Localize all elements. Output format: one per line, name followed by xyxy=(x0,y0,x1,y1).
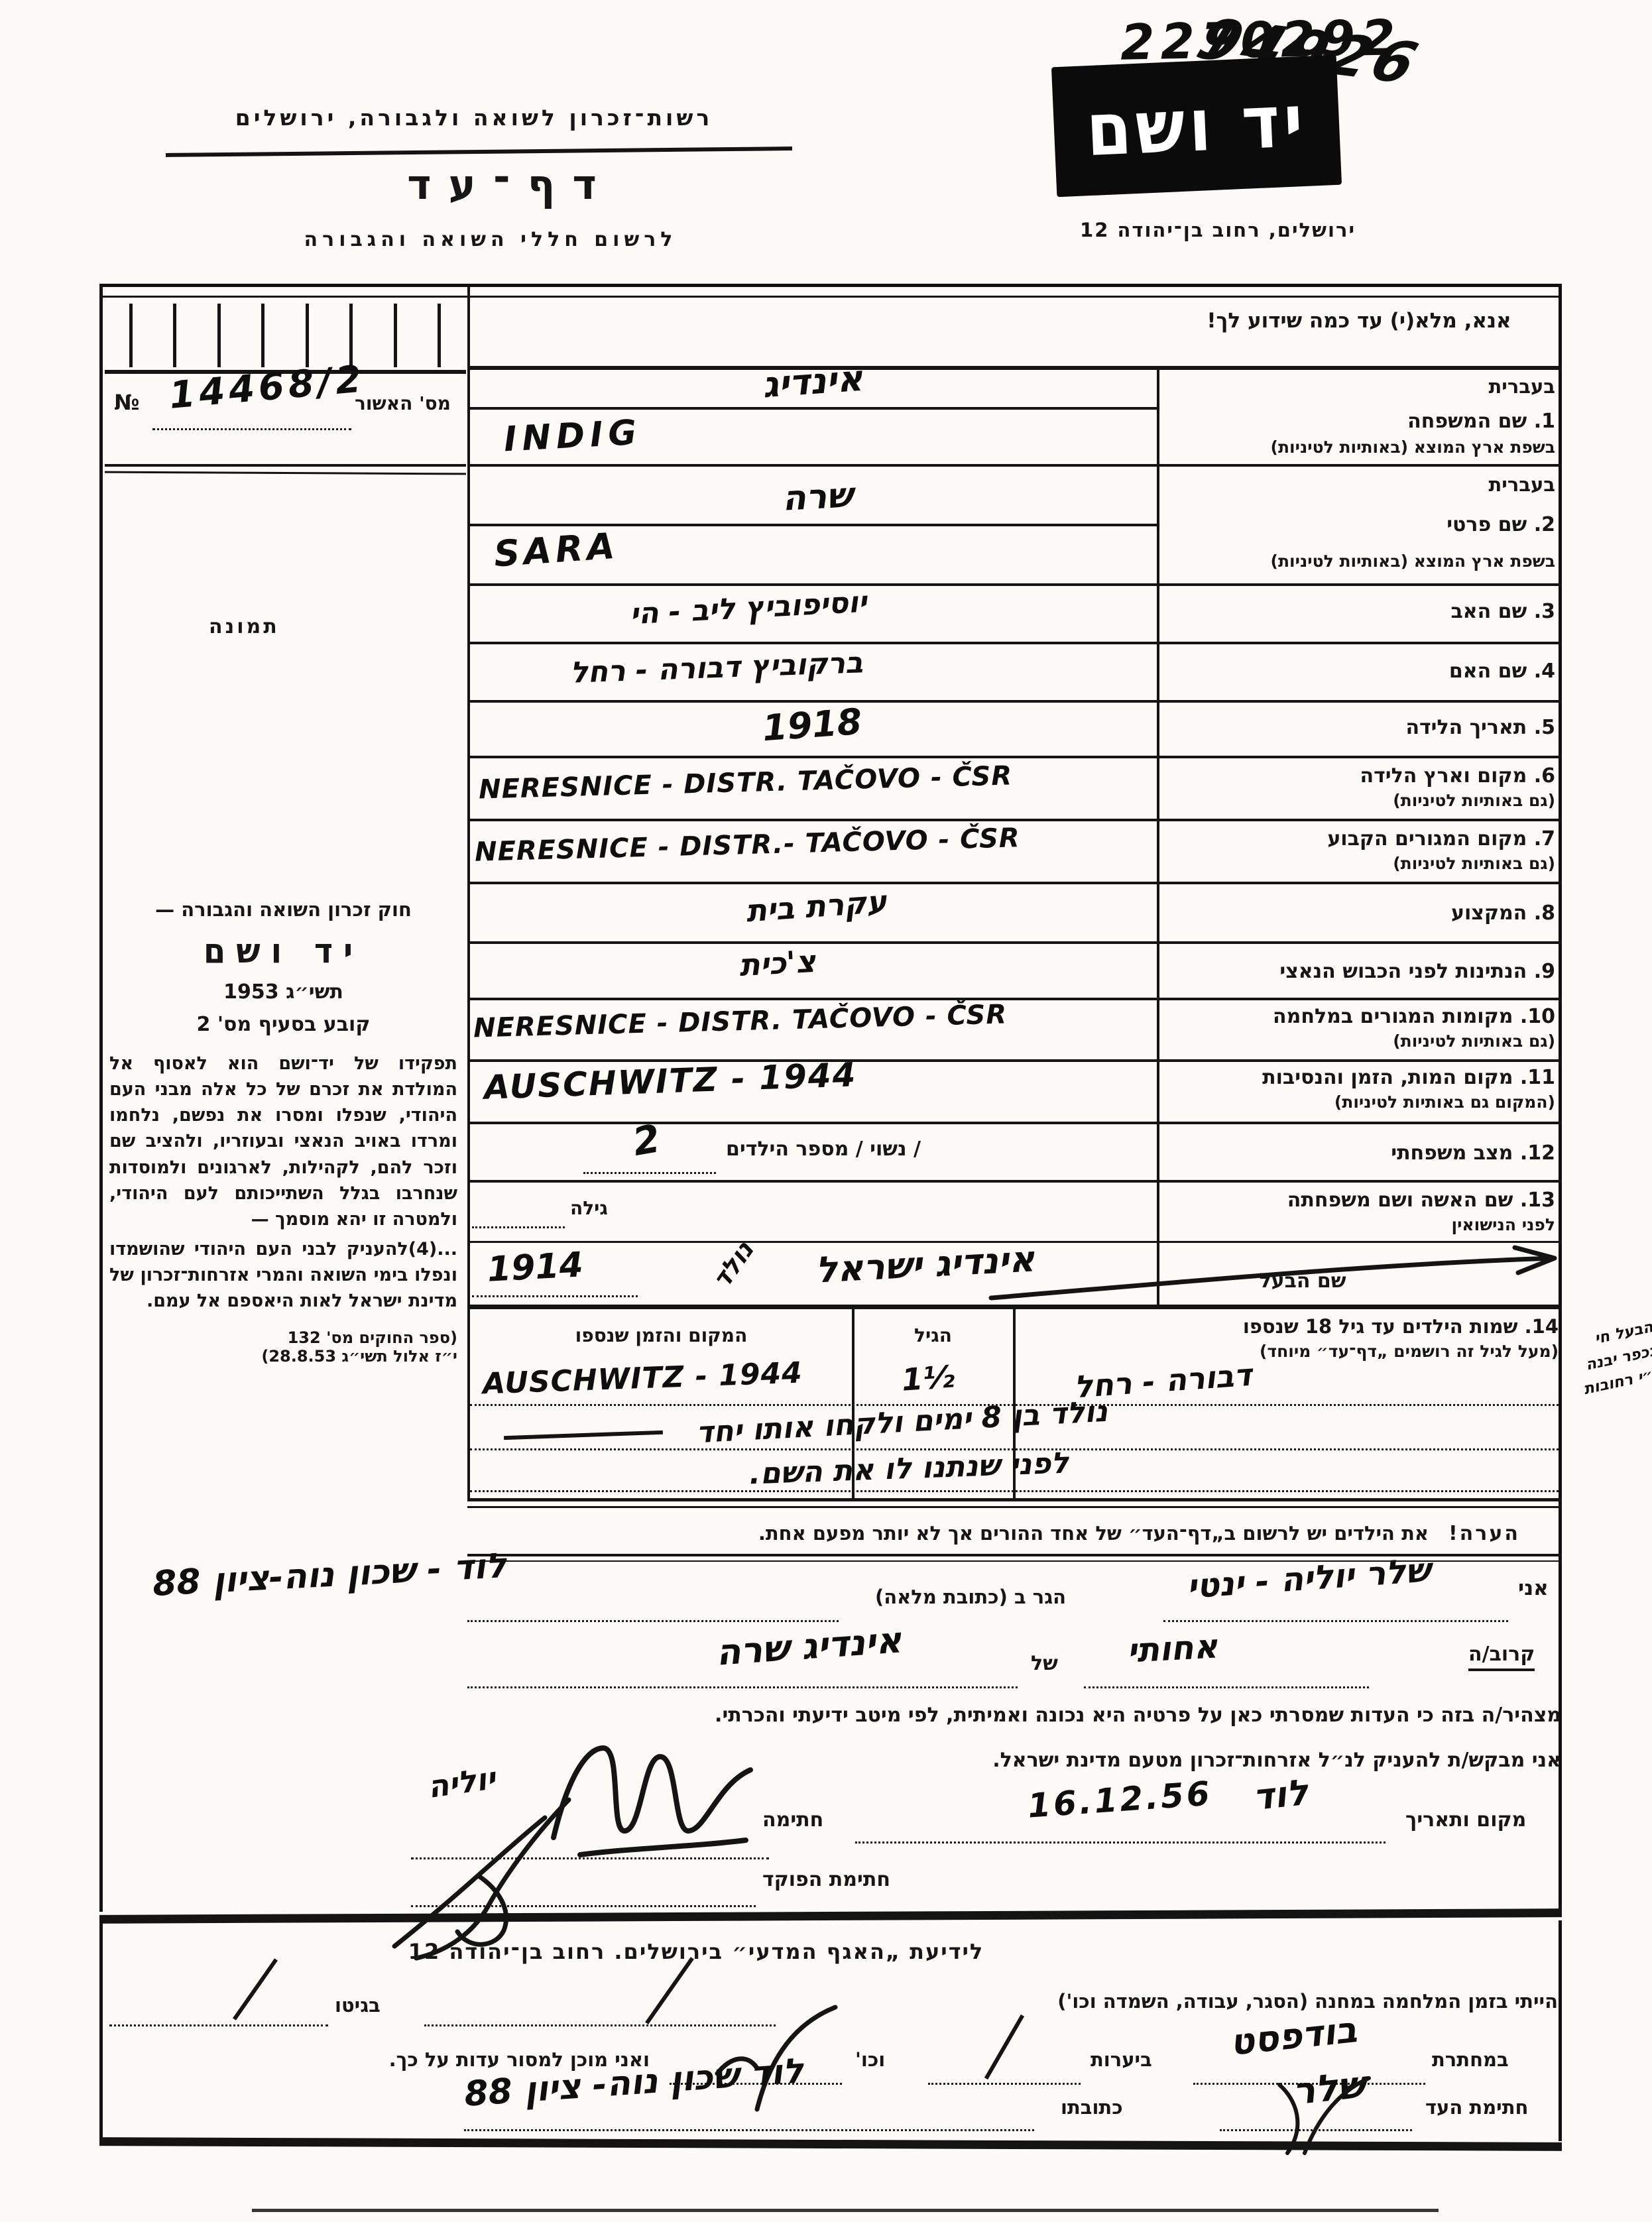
forests-label: ביערות xyxy=(1091,2048,1152,2071)
field2-sublabel: בשפת ארץ המוצא (באותיות לטיניות) xyxy=(1170,552,1555,571)
yad-vashem-stamp: יד ושם xyxy=(1051,55,1342,198)
witness-sig-dotted xyxy=(1220,2129,1412,2131)
approval-rule-1 xyxy=(105,464,466,467)
rule-father xyxy=(470,642,1562,644)
field10-sublabel: (גם באותיות לטיניות) xyxy=(1170,1031,1555,1051)
clerk-signature-label: חתימת הפוקד xyxy=(762,1868,890,1891)
law-logo: יד ושם xyxy=(109,931,457,971)
field10-label: 10. מקומות המגורים במלחמה xyxy=(1170,1005,1555,1028)
label-column-divider xyxy=(1157,366,1159,1305)
entry-family-latin: INDIG xyxy=(503,413,643,460)
field1-sublabel: בשפת ארץ המוצא (באותיות לטיניות) xyxy=(1170,438,1555,457)
ruling-ticks xyxy=(129,304,441,367)
law-body: תפקידו של יד־ושם הוא לאסוף אל המולדת את … xyxy=(109,1051,457,1232)
husband-year-dotted xyxy=(472,1295,638,1297)
left-column-divider xyxy=(467,287,470,1498)
bottom-title: לידיעת „האגף המדעי״ בירושלים. רחוב בן־יה… xyxy=(331,1939,1061,1964)
children-header: 14. שמות הילדים עד גיל 18 שנספו xyxy=(1024,1315,1559,1338)
decl-witness-name-dotted xyxy=(1163,1620,1508,1622)
children-col-age: הגיל xyxy=(855,1324,1011,1346)
rule-war-residence xyxy=(470,1059,1562,1062)
child-row-age: 1½ xyxy=(900,1358,955,1397)
field11-label: 11. מקום המות, הזמן והנסיבות xyxy=(1170,1066,1555,1089)
rule-occupation xyxy=(470,941,1562,944)
children-col-place: המקום והזמן שנספו xyxy=(477,1324,845,1346)
witness-address-label: כתובתו xyxy=(1061,2096,1123,2119)
law-ref-2: י״ז אלול תשי״ג 28.8.53) xyxy=(109,1347,457,1366)
decl-relation-label: קרוב/ה xyxy=(1468,1643,1535,1671)
rule-family-lat xyxy=(470,464,1562,467)
note-label: הערה! xyxy=(1448,1522,1520,1545)
children-subheader: (מעל לגיל זה רושמים „דף־עד״ מיוחד) xyxy=(1024,1342,1559,1361)
approval-dotted-line xyxy=(152,428,351,430)
forests-dotted xyxy=(928,2083,1081,2085)
field13-label: 13. שם האשה ושם משפחתה xyxy=(1170,1189,1555,1212)
field5-label: 5. תאריך הלידה xyxy=(1170,716,1555,739)
law-ref-1: (ספר החוקים מס' 132 xyxy=(109,1328,457,1347)
husband-arrow xyxy=(988,1245,1584,1305)
rule-residence xyxy=(470,882,1562,884)
law-year: תשי״ג 1953 xyxy=(109,980,457,1004)
office-address: ירושלים, רחוב בן־יהודה 12 xyxy=(1057,219,1356,241)
decl-declaration-text: מצהיר/ה בזה כי העדות שמסרתי כאן על פרטיה… xyxy=(424,1704,1561,1727)
rule-birthplace xyxy=(470,819,1562,821)
field13-sublabel: לפני הנישואין xyxy=(1170,1215,1555,1234)
field7-sublabel: (גם באותיות לטיניות) xyxy=(1170,854,1555,873)
photo-label: תמונה xyxy=(209,615,280,638)
etc-label: וכו' xyxy=(855,2048,885,2071)
ghetto-dotted xyxy=(109,2024,328,2026)
note-top-rule-1 xyxy=(467,1498,1562,1501)
decl-relation-dotted xyxy=(1084,1686,1369,1688)
form-title: דף־עד xyxy=(371,160,650,209)
form-top-inner-line xyxy=(103,296,1559,298)
approval-label: מס' האשור xyxy=(355,392,451,414)
field11-sublabel: (המקום גם באותיות לטיניות) xyxy=(1170,1092,1555,1112)
rule-given-he xyxy=(470,524,1157,526)
entry-given-latin: SARA xyxy=(493,525,620,575)
law-clause: קובע בסעיף מס' 2 xyxy=(109,1013,457,1036)
decl-address-dotted xyxy=(467,1620,839,1622)
field7-label: 7. מקום המגורים הקבוע xyxy=(1170,827,1555,850)
yad-vashem-stamp-text: יד ושם xyxy=(1085,79,1309,173)
decl-of-label: של xyxy=(1031,1652,1058,1675)
camp-label: הייתי בזמן המלחמה במחנה (הסגר, עבודה, הש… xyxy=(789,1990,1558,2013)
husband-birth-year: 1914 xyxy=(487,1245,585,1289)
decl-place-date-label: מקום ותאריך xyxy=(1405,1808,1526,1832)
rule-family-he xyxy=(470,407,1157,410)
rule-given-lat xyxy=(470,583,1562,586)
field2-label: 2. שם פרטי xyxy=(1170,513,1555,536)
rule-mother xyxy=(470,700,1562,703)
rule-nationality xyxy=(470,998,1562,1000)
entry-given-hebrew: שרה xyxy=(782,475,854,518)
decl-subject-dotted xyxy=(467,1686,1018,1688)
org-title-underline xyxy=(166,146,792,157)
decl-i-label: אני xyxy=(1518,1576,1549,1600)
witness-sig-label: חתימת העד xyxy=(1425,2096,1528,2119)
testimony-page-scan: 2270292 94926 רשות־זכרון לשואה ולגבורה, … xyxy=(0,0,1652,2222)
org-title: רשות־זכרון לשואה ולגבורה, ירושלים xyxy=(169,105,779,131)
field12-label: 12. מצב משפחתי xyxy=(1170,1141,1555,1165)
entry-family-hebrew: אינדיג xyxy=(761,357,864,406)
table-dotted-row3 xyxy=(470,1490,1559,1492)
form-subtitle: לרשום חללי השואה והגבורה xyxy=(259,228,723,251)
decl-signature-label: חתימה xyxy=(762,1808,823,1832)
wife-age-label: גילה xyxy=(570,1197,608,1219)
fill-prompt: אנא, מלא(י) עד כמה שידוע לך! xyxy=(1167,309,1551,333)
witness-address-dotted xyxy=(464,2129,1034,2131)
law-body-2: ...(4)להעניק לבני העם היהודי שהושמדו ונפ… xyxy=(109,1236,457,1314)
decl-request-text: אני מבקש/ת להעניק לנ״ל אזרחות־זכרון מטעם… xyxy=(703,1749,1561,1772)
decl-place-value: לוד xyxy=(1251,1771,1310,1818)
field3-label: 3. שם האב xyxy=(1170,600,1555,623)
wife-age-dotted xyxy=(472,1226,565,1228)
field6-label: 6. מקום וארץ הלידה xyxy=(1170,764,1555,788)
rule-marital xyxy=(470,1180,1562,1183)
marital-options: / נשוי / מספר הילדים xyxy=(726,1138,921,1161)
margin-note: הבעל חי בכפר יבנה ע״י רחובות xyxy=(1566,1316,1652,1403)
underground-label: במחתרת xyxy=(1432,2048,1509,2071)
field9-label: 9. הנתינות לפני הכבוש הנאצי xyxy=(1170,960,1555,983)
entry-nationality: צ'כית xyxy=(738,943,817,983)
field2-pre: בעברית xyxy=(1170,473,1555,496)
approval-no-symbol: № xyxy=(114,390,140,415)
entry-birth-year: 1918 xyxy=(761,701,863,749)
field1-label: 1. שם המשפחה xyxy=(1170,410,1555,433)
prompt-bottom-rule xyxy=(467,366,1562,370)
ghetto-label: בגיטו xyxy=(335,1994,381,2017)
scan-edge-artifact xyxy=(252,2209,1439,2212)
marital-dotted xyxy=(583,1172,716,1174)
table-top-rule xyxy=(470,1305,1562,1309)
field6-sublabel: (גם באותיות לטיניות) xyxy=(1170,791,1555,810)
note-text: את הילדים יש לרשום ב„דף־העד״ של אחד ההור… xyxy=(351,1522,1429,1545)
field8-label: 8. המקצוע xyxy=(1170,902,1555,925)
decl-relation-value: אחותי xyxy=(1126,1627,1219,1670)
field4-label: 4. שם האם xyxy=(1170,660,1555,683)
witness-sig-flourish xyxy=(1233,2062,1379,2154)
decl-resides-label: הגר ב (כתובת מלאה) xyxy=(875,1586,1066,1608)
law-block: חוק זכרון השואה והגבורה — יד ושם תשי״ג 1… xyxy=(109,898,457,1366)
field1-pre: בעברית xyxy=(1170,375,1555,398)
rule-birthdate xyxy=(470,756,1562,758)
decl-place-date-dotted xyxy=(855,1842,1386,1843)
law-title: חוק זכרון השואה והגבורה — xyxy=(109,898,457,921)
note-top-rule-2 xyxy=(467,1506,1562,1508)
